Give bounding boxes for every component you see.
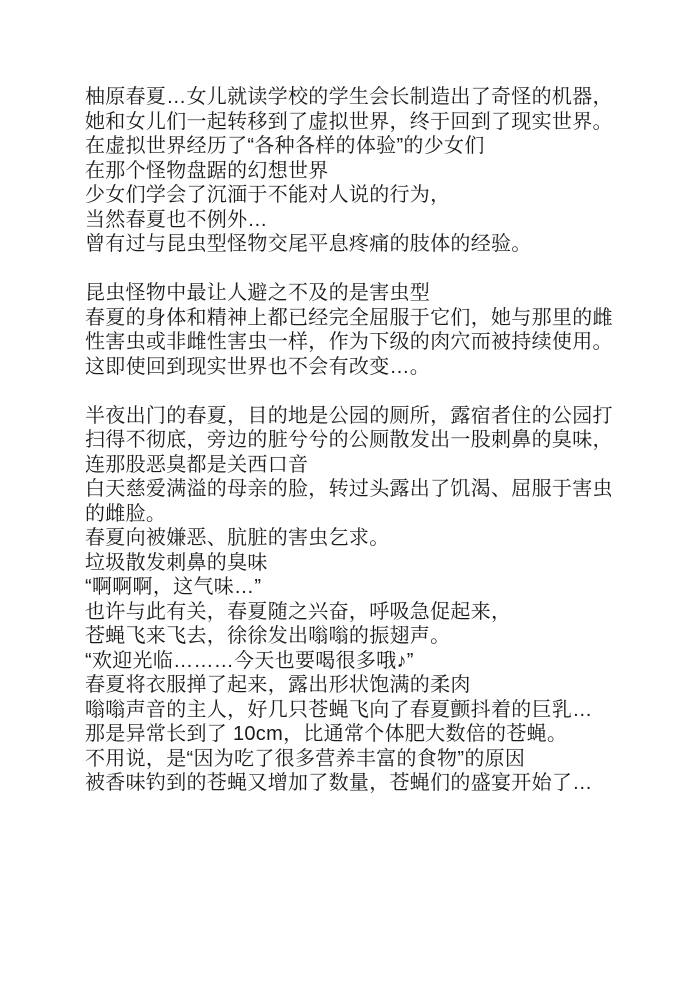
text-line: 那是异常长到了 10cm，比通常个体肥大数倍的苍蝇。 xyxy=(85,722,630,747)
text-line: 白天慈爱满溢的母亲的脸，转过头露出了饥渴、屈服于害虫 xyxy=(85,477,630,502)
text-line: 连那股恶臭都是关西口音 xyxy=(85,453,630,478)
text-line: 这即使回到现实世界也不会有改变…。 xyxy=(85,355,630,380)
text-line: 苍蝇飞来飞去，徐徐发出嗡嗡的振翅声。 xyxy=(85,624,630,649)
text-line: 昆虫怪物中最让人避之不及的是害虫型 xyxy=(85,281,630,306)
text-line: 当然春夏也不例外… xyxy=(85,208,630,233)
text-line: 被香味钓到的苍蝇又增加了数量，苍蝇们的盛宴开始了… xyxy=(85,771,630,796)
text-line: 扫得不彻底，旁边的脏兮兮的公厕散发出一股刺鼻的臭味， xyxy=(85,428,630,453)
paragraph: 半夜出门的春夏，目的地是公园的厕所，露宿者住的公园打扫得不彻底，旁边的脏兮兮的公… xyxy=(85,404,630,796)
text-line: 春夏将衣服掸了起来，露出形状饱满的柔肉 xyxy=(85,673,630,698)
text-line: 的雌脸。 xyxy=(85,502,630,527)
text-line: “啊啊啊，这气味…” xyxy=(85,575,630,600)
text-line: 嗡嗡声音的主人，好几只苍蝇飞向了春夏颤抖着的巨乳… xyxy=(85,698,630,723)
text-content: 柚原春夏…女儿就读学校的学生会长制造出了奇怪的机器，她和女儿们一起转移到了虚拟世… xyxy=(85,85,630,796)
text-line: 也许与此有关，春夏随之兴奋，呼吸急促起来， xyxy=(85,600,630,625)
text-line: 柚原春夏…女儿就读学校的学生会长制造出了奇怪的机器， xyxy=(85,85,630,110)
paragraph: 柚原春夏…女儿就读学校的学生会长制造出了奇怪的机器，她和女儿们一起转移到了虚拟世… xyxy=(85,85,630,257)
text-line: “欢迎光临………今天也要喝很多哦♪” xyxy=(85,649,630,674)
text-line: 不用说，是“因为吃了很多营养丰富的食物”的原因 xyxy=(85,747,630,772)
text-line: 半夜出门的春夏，目的地是公园的厕所，露宿者住的公园打 xyxy=(85,404,630,429)
text-line: 垃圾散发刺鼻的臭味 xyxy=(85,551,630,576)
text-line: 在那个怪物盘踞的幻想世界 xyxy=(85,159,630,184)
paragraph: 昆虫怪物中最让人避之不及的是害虫型春夏的身体和精神上都已经完全屈服于它们，她与那… xyxy=(85,281,630,379)
text-line: 春夏向被嫌恶、肮脏的害虫乞求。 xyxy=(85,526,630,551)
text-line: 春夏的身体和精神上都已经完全屈服于它们，她与那里的雌 xyxy=(85,306,630,331)
text-line: 在虚拟世界经历了“各种各样的体验”的少女们 xyxy=(85,134,630,159)
text-line: 曾有过与昆虫型怪物交尾平息疼痛的肢体的经验。 xyxy=(85,232,630,257)
text-line: 少女们学会了沉湎于不能对人说的行为， xyxy=(85,183,630,208)
text-line: 性害虫或非雌性害虫一样，作为下级的肉穴而被持续使用。 xyxy=(85,330,630,355)
text-line: 她和女儿们一起转移到了虚拟世界，终于回到了现实世界。 xyxy=(85,110,630,135)
document-page: 柚原春夏…女儿就读学校的学生会长制造出了奇怪的机器，她和女儿们一起转移到了虚拟世… xyxy=(0,0,700,990)
